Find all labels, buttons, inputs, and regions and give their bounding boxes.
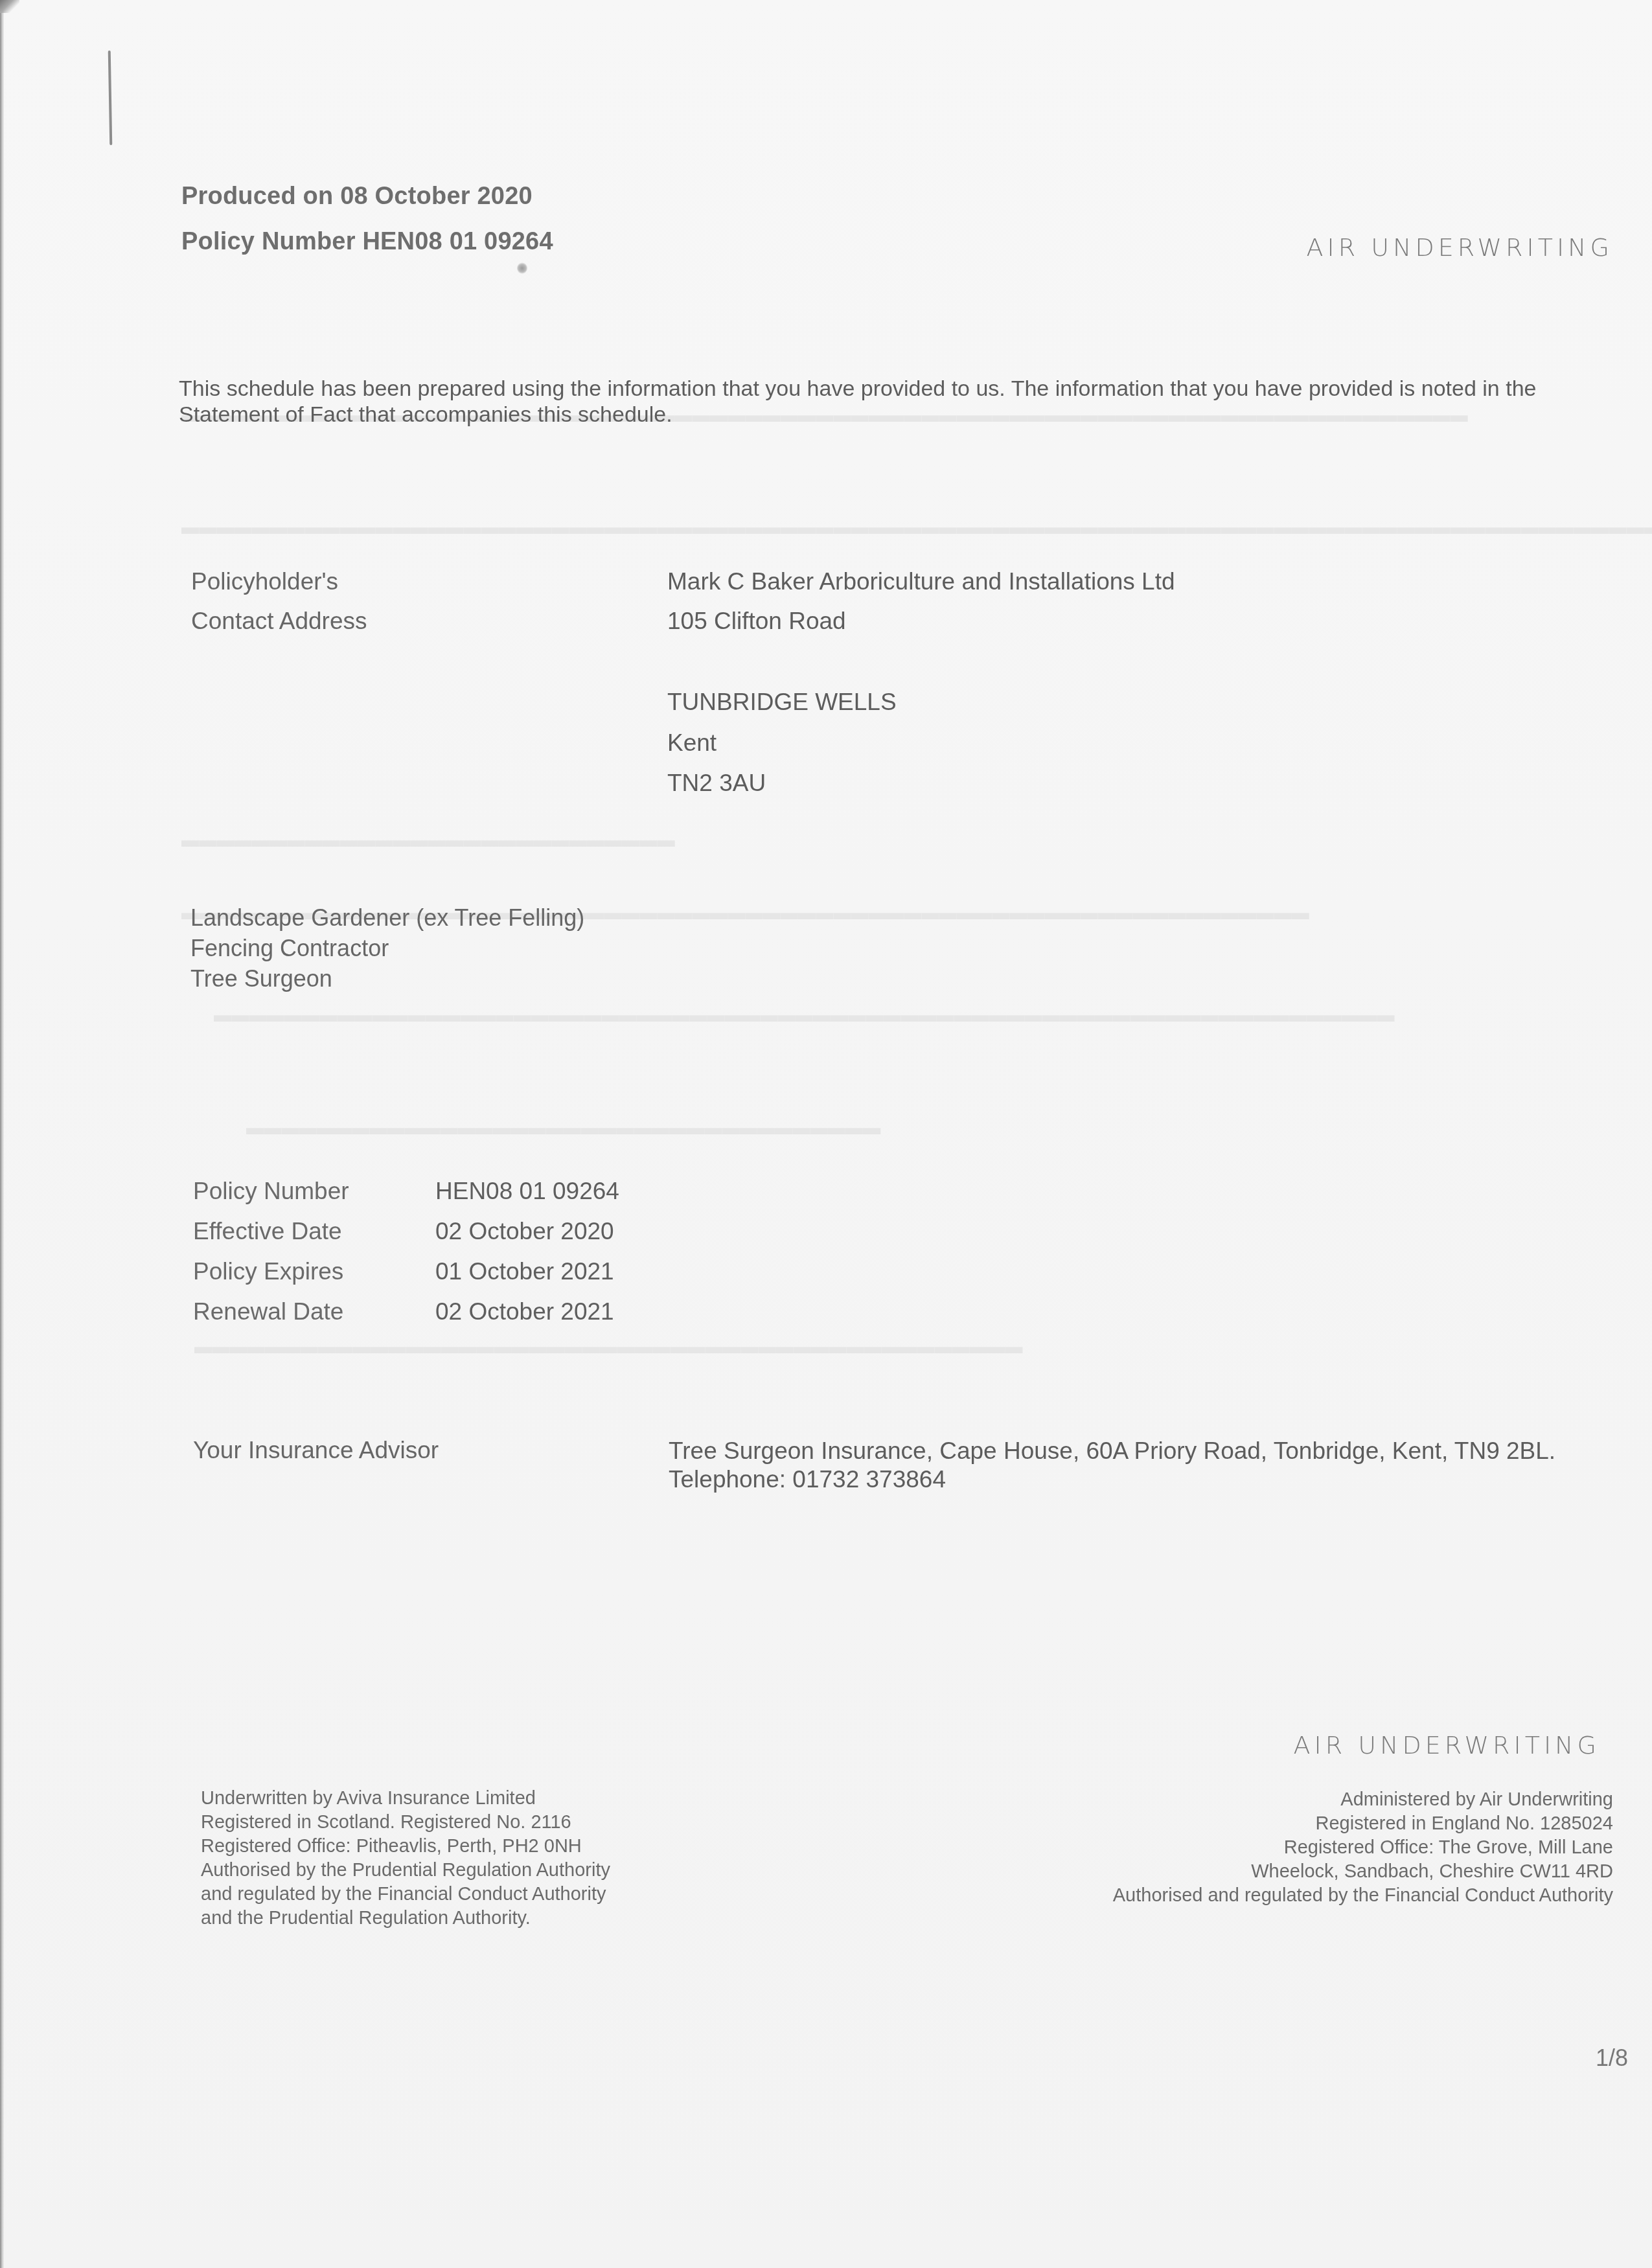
effective-date-value: 02 October 2020	[435, 1218, 614, 1245]
administrator-line: Administered by Air Underwriting	[998, 1788, 1613, 1812]
scan-left-edge	[0, 0, 4, 2268]
show-through-text: ▬▬▬▬▬▬▬▬▬▬▬▬▬▬▬▬▬▬▬▬▬▬▬▬▬▬▬▬	[181, 828, 675, 852]
header-policy-number: Policy Number HEN08 01 09264	[181, 228, 553, 256]
underwriter-line: Registered in Scotland. Registered No. 2…	[201, 1811, 706, 1835]
address-street: 105 Clifton Road	[667, 608, 846, 635]
address-postcode: TN2 3AU	[667, 770, 766, 797]
brand-logo-footer: AIR UNDERWRITING	[1293, 1731, 1600, 1759]
underwriter-line: Underwritten by Aviva Insurance Limited	[201, 1787, 706, 1811]
policy-expires-label: Policy Expires	[193, 1258, 343, 1285]
underwriter-line: and regulated by the Financial Conduct A…	[201, 1883, 706, 1907]
policy-number-label: Policy Number	[193, 1178, 349, 1205]
ink-smudge	[517, 262, 527, 274]
address-town: TUNBRIDGE WELLS	[667, 689, 897, 716]
administrator-line: Registered Office: The Grove, Mill Lane	[998, 1836, 1613, 1860]
insurance-advisor-details: Tree Surgeon Insurance, Cape House, 60A …	[669, 1437, 1595, 1494]
administrator-info: Administered by Air Underwriting Registe…	[998, 1788, 1613, 1908]
policyholder-name: Mark C Baker Arboriculture and Installat…	[667, 568, 1175, 595]
page-number: 1/8	[1596, 2045, 1628, 2072]
underwriter-info: Underwritten by Aviva Insurance Limited …	[201, 1787, 706, 1930]
policyholder-label: Policyholder's	[191, 568, 338, 595]
policy-expires-value: 01 October 2021	[435, 1258, 614, 1285]
intro-paragraph: This schedule has been prepared using th…	[179, 376, 1617, 428]
brand-logo-header: AIR UNDERWRITING	[1306, 233, 1613, 262]
scan-corner-shadow	[0, 0, 19, 13]
produced-on-date: Produced on 08 October 2020	[181, 183, 533, 211]
effective-date-label: Effective Date	[193, 1218, 342, 1245]
underwriter-line: Registered Office: Pitheavlis, Perth, PH…	[201, 1835, 706, 1859]
renewal-date-label: Renewal Date	[193, 1298, 343, 1325]
show-through-text: ▬▬▬▬▬▬▬▬▬▬▬▬▬▬▬▬▬▬▬▬▬▬▬▬▬▬▬▬▬▬▬▬▬▬▬▬▬▬▬▬…	[194, 1334, 1022, 1358]
show-through-text: ▬▬▬▬▬▬▬▬▬▬▬▬▬▬▬▬▬▬▬▬▬▬▬▬▬▬▬▬▬▬▬▬▬▬▬▬▬▬▬▬…	[214, 1003, 1394, 1027]
contact-address-label: Contact Address	[191, 608, 367, 635]
administrator-line: Authorised and regulated by the Financia…	[998, 1884, 1613, 1908]
show-through-text: ▬▬▬▬▬▬▬▬▬▬▬▬▬▬▬▬▬▬▬▬▬▬▬▬▬▬▬▬▬▬▬▬▬▬▬▬	[246, 1116, 880, 1140]
administrator-line: Wheelock, Sandbach, Cheshire CW11 4RD	[998, 1860, 1613, 1884]
renewal-date-value: 02 October 2021	[435, 1298, 614, 1325]
administrator-line: Registered in England No. 1285024	[998, 1812, 1613, 1836]
underwriter-line: and the Prudential Regulation Authority.	[201, 1907, 706, 1930]
show-through-text: ▬▬▬▬▬▬▬▬▬▬▬▬▬▬▬▬▬▬▬▬▬▬▬▬▬▬▬▬▬▬▬▬▬▬▬▬▬▬▬▬…	[181, 515, 1652, 539]
insurance-advisor-label: Your Insurance Advisor	[193, 1437, 439, 1464]
occupation-item: Landscape Gardener (ex Tree Felling)	[190, 904, 584, 932]
staple-mark	[108, 51, 113, 145]
underwriter-line: Authorised by the Prudential Regulation …	[201, 1859, 706, 1883]
policy-number-value: HEN08 01 09264	[435, 1178, 619, 1205]
occupation-item: Tree Surgeon	[190, 965, 332, 992]
address-county: Kent	[667, 729, 717, 757]
document-page: ▬▬▬▬▬▬▬▬▬▬▬▬▬▬▬▬▬▬▬▬▬▬▬▬▬▬▬▬▬▬▬▬▬▬▬▬▬▬▬▬…	[0, 0, 1652, 2268]
occupation-item: Fencing Contractor	[190, 935, 389, 962]
